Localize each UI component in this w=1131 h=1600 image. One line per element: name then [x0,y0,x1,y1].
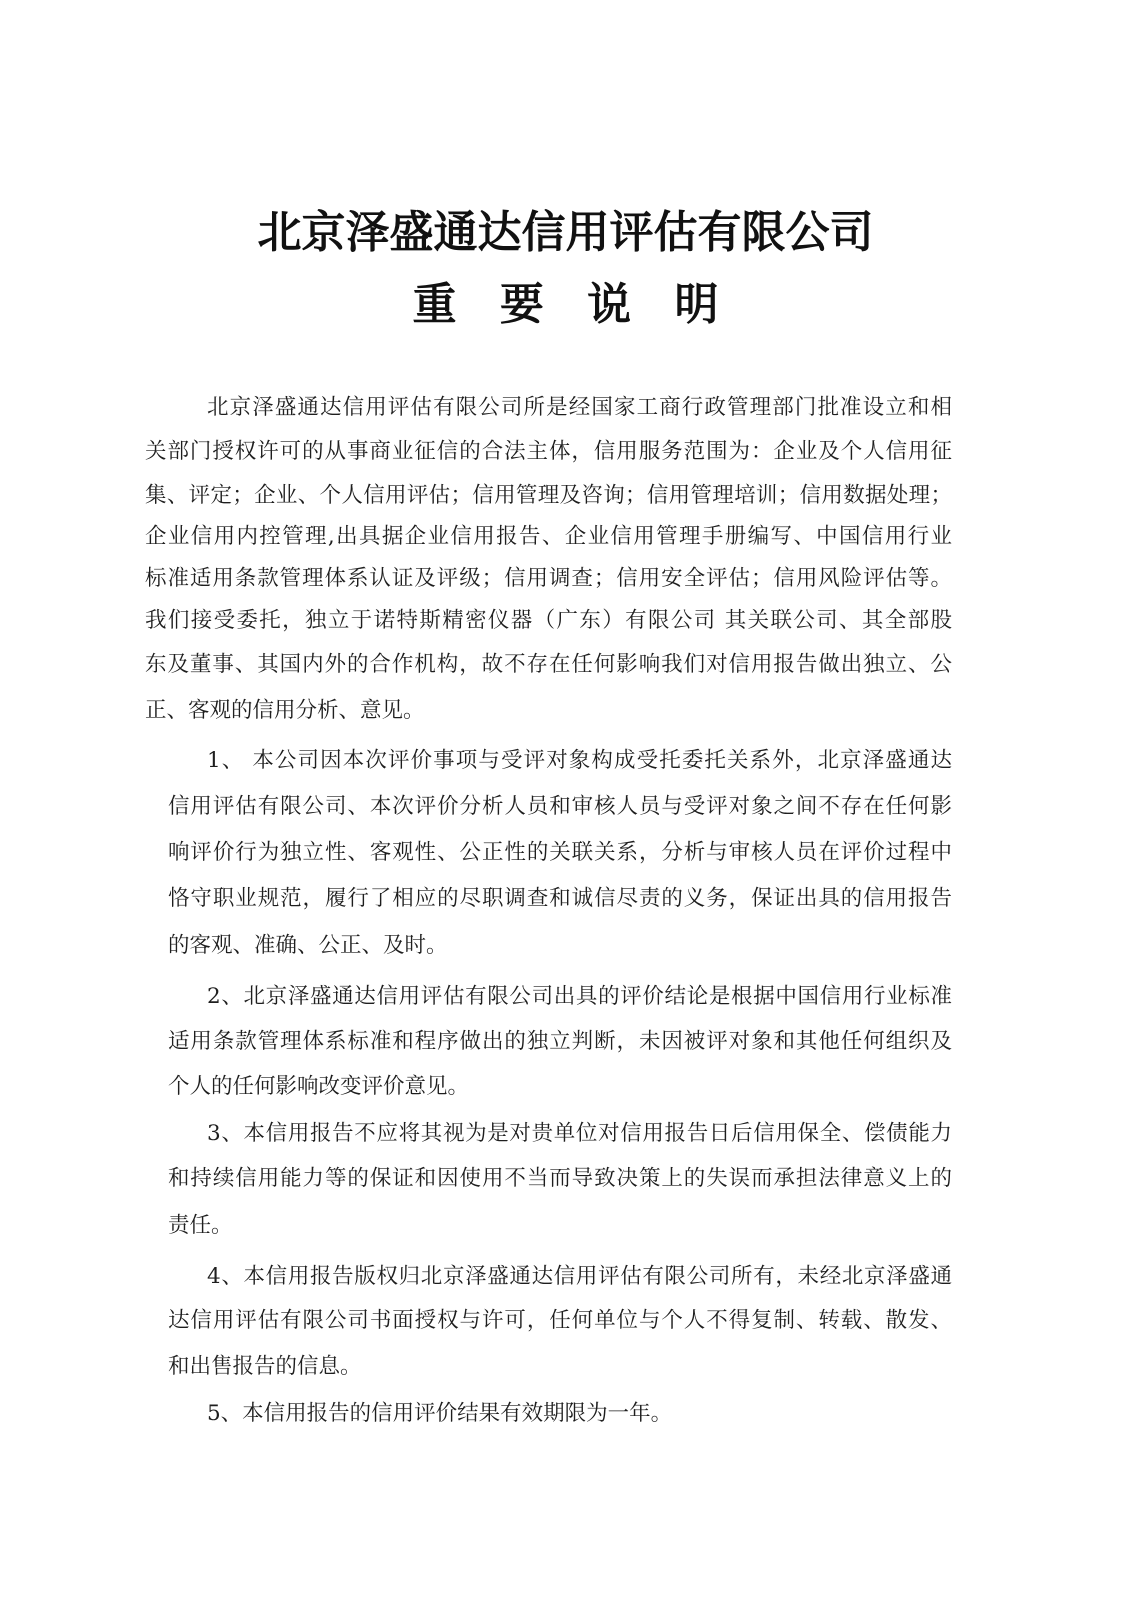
text-line: 关部门授权许可的从事商业征信的合法主体，信用服务范围为：企业及个人信用征 [145,438,952,466]
text-line: 适用条款管理体系标准和程序做出的独立判断，未因被评对象和其他任何组织及 [168,1028,952,1056]
text-line: 集、评定；企业、个人信用评估；信用管理及咨询；信用管理培训；信用数据处理； [145,482,952,510]
text-line: 2、北京泽盛通达信用评估有限公司出具的评价结论是根据中国信用行业标准 [207,983,952,1011]
text-line: 和持续信用能力等的保证和因使用不当而导致决策上的失误而承担法律意义上的 [168,1165,952,1193]
text-line: 东及董事、其国内外的合作机构，故不存在任何影响我们对信用报告做出独立、公 [145,651,952,679]
text-line: 5、本信用报告的信用评价结果有效期限为一年。 [207,1400,672,1428]
text-line: 的客观、准确、公正、及时。 [168,932,448,960]
text-line: 北京泽盛通达信用评估有限公司所是经国家工商行政管理部门批准设立和相 [207,394,952,422]
text-line: 个人的任何影响改变评价意见。 [168,1073,469,1101]
text-line: 和出售报告的信息。 [168,1353,362,1381]
text-line: 达信用评估有限公司书面授权与许可，任何单位与个人不得复制、转载、散发、 [168,1307,952,1335]
text-line: 1、 本公司因本次评价事项与受评对象构成受托委托关系外，北京泽盛通达 [207,747,952,775]
text-line: 正、客观的信用分析、意见。 [145,697,425,725]
text-line: 3、本信用报告不应将其视为是对贵单位对信用报告日后信用保全、偿债能力 [207,1120,952,1148]
text-line: 标准适用条款管理体系认证及评级；信用调查；信用安全评估；信用风险评估等。 [145,565,952,593]
text-line: 企业信用内控管理,出具据企业信用报告、企业信用管理手册编写、中国信用行业 [145,523,952,551]
text-line: 信用评估有限公司、本次评价分析人员和审核人员与受评对象之间不存在任何影 [168,793,952,821]
text-line: 我们接受委托，独立于诺特斯精密仪器（广东）有限公司 其关联公司、其全部股 [145,607,952,635]
text-line: 恪守职业规范，履行了相应的尽职调查和诚信尽责的义务，保证出具的信用报告 [168,885,952,913]
document-title: 北京泽盛通达信用评估有限公司 [0,196,1131,260]
text-line: 责任。 [168,1212,233,1240]
text-line: 响评价行为独立性、客观性、公正性的关联关系，分析与审核人员在评价过程中 [168,839,952,867]
document-subtitle: 重 要 说 明 [0,268,1131,332]
text-line: 4、本信用报告版权归北京泽盛通达信用评估有限公司所有，未经北京泽盛通 [207,1263,952,1291]
